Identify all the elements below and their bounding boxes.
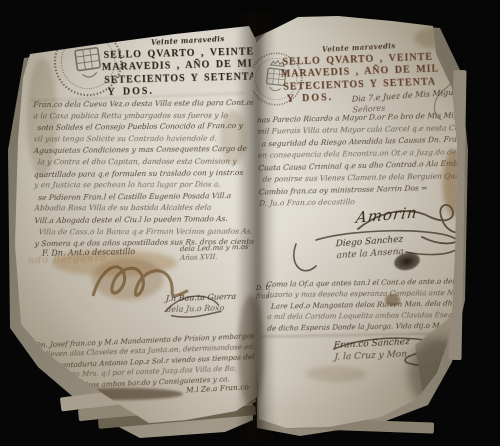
handwriting-line: Cambio fran.ca oy ministrosse Narrin Dos… (258, 181, 465, 198)
right-bottom-signature: Fran.co SanchezJ. la Cruz y Mon. (333, 336, 410, 364)
ink-blot (393, 250, 422, 272)
handwriting-line: vil yasi tengo Solicite su Contrado havi… (33, 132, 252, 144)
handwriting-line: y en Justicia se pechean lo hara lugar p… (34, 179, 253, 191)
right-second-paragraph: Como la Of.a que antes tan.l el Cont.o d… (267, 275, 468, 333)
ink-stain (52, 250, 177, 276)
cross-ornament-icon: ❈ (173, 20, 181, 30)
tax-header-left: Veinte maravedis (151, 34, 225, 47)
royal-seal-stamp-icon (47, 20, 129, 103)
ink-stain (92, 258, 164, 300)
rubric-flourish-icon (86, 254, 196, 310)
signature-amorin: Amorin (355, 203, 419, 227)
faded-ownership-note: ndo Berganza (28, 253, 107, 267)
handwriting-line: Cuata Causa Criminal q.e su dho Contrad.… (258, 157, 465, 174)
handwriting-line: Como la Of.a que antes tan.l el Cont.o d… (266, 275, 467, 290)
handwriting-line: en consequencia dela Encontra.on Ot.e a … (258, 146, 465, 162)
signature-flourish-icon (160, 288, 226, 320)
signature-flourish-icon (286, 226, 466, 286)
handwriting-line: la y Contra el dho Capitan, dandose esta… (37, 156, 252, 168)
book-gutter-shadow (236, 12, 276, 440)
handwriting-line: a seguridad du Riesgo Atendida las Causa… (261, 133, 464, 150)
handwriting-line: a la Caxa publica Retta ymbargados sus f… (33, 109, 252, 121)
handwriting-line: D. Ju.o Fran.co decastillo (259, 194, 466, 210)
ink-stain (306, 366, 366, 382)
ink-stain (385, 294, 400, 306)
signature-line: ante la Ansena (336, 246, 404, 262)
manuscript-photograph: ❈ Veinte maravedis SELLO QVARTO , VEINTE… (0, 0, 500, 446)
signature-line: dela Ju.o Roxo (166, 302, 237, 315)
handwriting-line: a mil dela Caridom Loquelita ambos Clavi… (267, 309, 468, 322)
handwriting-line: se lleven alas Claveles de esta Junta.on… (35, 343, 247, 361)
handwriting-line: Lare Led.o Mangostan delos Ruiven Man. d… (271, 297, 468, 311)
right-body-text: nas Parecio Ricardo a Mayor D.or P.o bro… (257, 109, 465, 210)
edge-grime-stain (27, 58, 57, 178)
paper-crease (262, 332, 452, 337)
handwriting-line: Agusquietas Condiciones y mas Consequent… (33, 143, 252, 157)
handwriting-line: Juzorio y mas desecha esperanza Compañia… (266, 287, 467, 300)
handwriting-line: mil Fuerais Villa otra Mayor cala Carcel… (257, 122, 464, 138)
right-date-note: Dia 7.e Juez de Mis MiguesSeñores (351, 86, 463, 116)
signature-line: Diego Sanchez (336, 234, 404, 251)
signature-line: Fran.co Sanchez (334, 336, 410, 352)
signature-diego: Diego Sanchezante la Ansena (335, 234, 404, 263)
stamp-line: Y DOS. (286, 88, 440, 106)
tax-header-right: Veinte maravedis (322, 41, 396, 54)
handwriting-line: Fran.co dela Cueva Vez.o desta Villa est… (33, 97, 252, 111)
handwriting-line: de ponirse sus Vienes Clamen.te dela Ber… (262, 170, 465, 186)
left-closing-line: F. Dn. Ant.o descastillo (42, 247, 135, 258)
handwriting-line: se Pidieron Fran.l el Castillo Eugenio P… (38, 190, 253, 204)
handwriting-line: de dicho Esperas Donde la Juorga. Vida d… (267, 319, 468, 334)
handwriting-line: soto Solides el Consejo Pueblos Conocido… (37, 120, 252, 134)
left-body-text: Fran.co dela Cueva Vez.o desta Villa est… (33, 97, 253, 250)
handwriting-line: Villa de Cass.o la Banca q.e Firman Veci… (38, 225, 253, 237)
handwriting-line: Dia 7.e Juez de Mis Migues (352, 86, 463, 105)
handwriting-line: Abbadia Rosa Villa de su bastida Alcalde… (34, 202, 253, 214)
handwriting-line: a la, contaduria Antonio Lop.z Sol.r vie… (40, 352, 248, 372)
signature-line: J.n Bau.ta Guerra (166, 291, 237, 304)
stamp-line: MARAVEDIS , AÑO DE MIL (281, 64, 440, 82)
signature-flourish-icon (352, 198, 472, 250)
stamp-line: SELLO QVARTO , VEINTE (282, 51, 439, 69)
left-margin-annotation: Dn. Josef fran.co y M.a Mandamiento de P… (35, 331, 250, 403)
sello-cuarto-stamp-right: SELLO QVARTO , VEINTEMARAVEDIS , AÑO DE … (282, 51, 440, 106)
handwriting-line: Señores (352, 97, 463, 115)
handwriting-line: quartillado para q.e formulen su traslad… (34, 166, 253, 180)
left-side-signature: J.n Bau.ta Guerradela Ju.o Roxo (166, 291, 237, 315)
handwriting-line: y Somera q.e dos años apostillados sus R… (34, 236, 253, 250)
handwriting-line: nas Parecio Ricardo a Mayor D.or P.o bro… (257, 109, 464, 126)
signature-line: J. la Cruz y Mon. (334, 348, 411, 363)
handwriting-line: Dn. Josef fran.co y M.a Mandamiento de P… (35, 331, 247, 351)
paper-crease (30, 92, 245, 102)
handwriting-line: Vill.a Abogada deste el Ciu.l lo pueden … (34, 213, 253, 227)
stamp-line: SETECIENTOS Y SETENTA (283, 76, 440, 94)
